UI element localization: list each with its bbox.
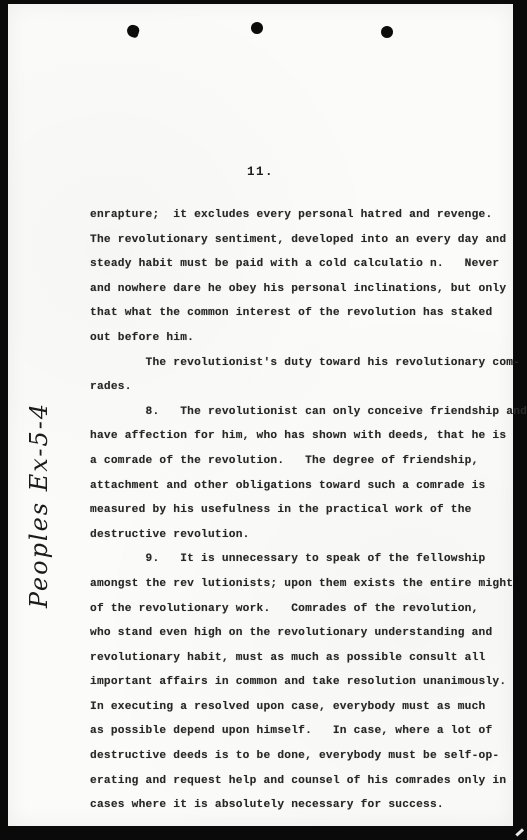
scanned-document: 11. enrapture; it excludes every persona… [0, 0, 527, 840]
scan-border-nick [515, 828, 523, 836]
paper-page: 11. enrapture; it excludes every persona… [8, 4, 513, 826]
binder-hole-icon [381, 26, 393, 38]
page-number: 11. [8, 165, 513, 179]
handwritten-exhibit-annotation: Peoples Ex-5-4 [25, 398, 65, 612]
typewritten-text: enrapture; it excludes every personal ha… [90, 203, 527, 818]
binder-hole-icon [125, 23, 140, 38]
binder-hole-icon [251, 22, 263, 34]
